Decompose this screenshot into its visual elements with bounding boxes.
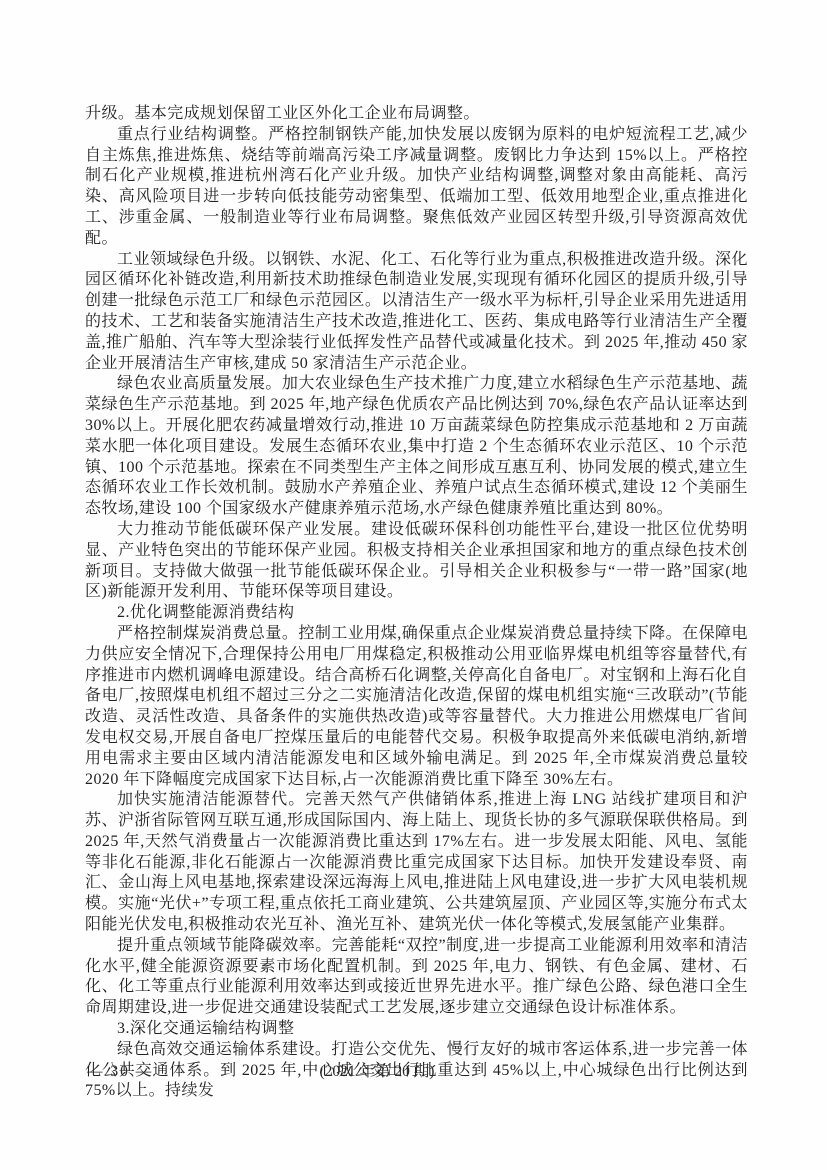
paragraph-industry-structure: 重点行业结构调整。严格控制钢铁产能,加快发展以废钢为原料的电炉短流程工艺,减少自… xyxy=(85,125,748,250)
paragraph-coal-control: 严格控制煤炭消费总量。控制工业用煤,确保重点企业煤炭消费总量持续下降。在保障电力… xyxy=(85,624,748,790)
paragraph-green-agriculture: 绿色农业高质量发展。加大农业绿色生产技术推广力度,建立水稻绿色生产示范基地、蔬菜… xyxy=(85,374,748,520)
paragraph-industrial-green-upgrade: 工业领域绿色升级。以钢铁、水泥、化工、石化等行业为重点,积极推进改造升级。深化园… xyxy=(85,250,748,375)
section-heading-energy-consumption: 2.优化调整能源消费结构 xyxy=(85,603,748,624)
page-footer: — 30 — (2021 年第 20 期) xyxy=(85,1061,748,1085)
paragraph-clean-energy-substitution: 加快实施清洁能源替代。完善天然气产供储销体系,推进上海 LNG 站线扩建项目和沪… xyxy=(85,790,748,936)
issue-label: (2021 年第 20 期) xyxy=(320,1061,435,1083)
document-body: 升级。基本完成规划保留工业区外化工企业布局调整。 重点行业结构调整。严格控制钢铁… xyxy=(85,104,748,1102)
document-page: 升级。基本完成规划保留工业区外化工企业布局调整。 重点行业结构调整。严格控制钢铁… xyxy=(0,0,827,1170)
page-number: — 30 — xyxy=(87,1061,153,1083)
paragraph-energy-efficiency: 提升重点领域节能降碳效率。完善能耗“双控”制度,进一步提高工业能源利用效率和清洁… xyxy=(85,936,748,1019)
paragraph-continuation: 升级。基本完成规划保留工业区外化工企业布局调整。 xyxy=(85,104,748,125)
section-heading-transport-structure: 3.深化交通运输结构调整 xyxy=(85,1019,748,1040)
paragraph-energy-saving-industry: 大力推动节能低碳环保产业发展。建设低碳环保科创功能性平台,建设一批区位优势明显、… xyxy=(85,520,748,603)
